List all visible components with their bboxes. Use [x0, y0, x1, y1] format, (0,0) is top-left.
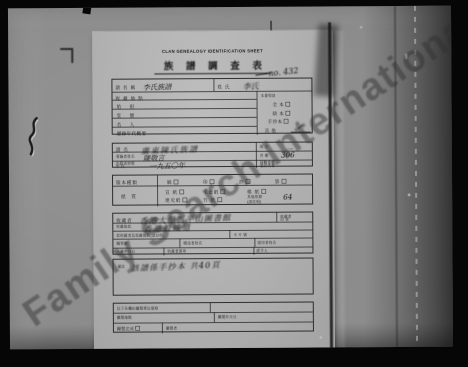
film-frame: CLAN GENEALOGY IDENTIFICATION SHEET 族 譜 …	[8, 6, 453, 350]
field-genealogy-title-label: 譜 名	[116, 146, 129, 153]
paper-option-xuan-label: 宣 紙	[165, 190, 178, 195]
paper-other-note: (請註明)	[247, 199, 261, 203]
field-history-label: 歷修年代概要	[117, 129, 147, 136]
paper-option-maobian: 毛邊紙	[203, 188, 225, 195]
corner-registration-mark	[60, 48, 73, 63]
checkbox-icon	[282, 179, 287, 184]
checkbox-icon	[174, 179, 179, 184]
other-write-line	[291, 132, 311, 133]
section-remarks: 備註 該譜係手抄本 共40頁	[112, 257, 313, 295]
form-title-chinese-text: 族 譜 調 查 表	[155, 58, 271, 75]
sheet-number: no. 432	[268, 66, 299, 78]
field-notable-label: 名 人	[117, 120, 138, 127]
status-option-missing: 缺 本	[273, 109, 290, 116]
status-option-other-label: 其 他	[265, 129, 277, 134]
section-holder-info: 收藏者 香港大學馮平山圖書館 收藏者 印 章 收藏地址 香港般咸道 原收藏者及原…	[112, 211, 313, 254]
type-option-draft-label: 稿	[167, 180, 172, 185]
field-year-label-line2: 年 代	[116, 165, 125, 169]
holder-address-value: 香港般咸道	[143, 220, 191, 234]
type-label: 版本種類	[116, 179, 138, 186]
checkbox-icon	[135, 326, 140, 331]
paper-option-cotton-label: 棉 紙	[247, 189, 260, 194]
type-option-print-label: 印	[203, 179, 208, 184]
filming-date-label: 攝製年月日	[218, 315, 237, 319]
status-option-other-value: ✓	[297, 123, 303, 131]
status-option-missing-label: 缺 本	[273, 111, 285, 116]
field-surname-label: 姓 氏	[217, 82, 230, 89]
field-pages-value: 306	[281, 151, 295, 159]
film-edge-notch	[82, 6, 91, 15]
source-label: 原收藏者及原藏地點(請註明)	[116, 233, 164, 237]
checkbox-icon	[210, 179, 215, 184]
price-label: 購買價	[116, 241, 127, 245]
section-filming-info: 以下各欄由攝製單位填寫 攝製地點 攝製年月日 攝製完成 攝製者	[113, 301, 314, 332]
holder-label: 收藏者	[116, 216, 132, 223]
section-edition-info: 譜 名 廣東陳氏族譜 版 次 一 著編者姓名 陳敬言 頁 數 306 出版或抄寫…	[112, 141, 313, 167]
checkbox-icon	[286, 110, 291, 115]
page-edge-highlight	[334, 30, 345, 349]
film-scratch-line	[394, 6, 398, 347]
section-paper-type: 版本種類 稿 印 抄 影 紙 質 宣 紙 毛邊紙 棉 紙 連史紙 竹 紙 其他紙…	[112, 173, 313, 205]
film-squiggle-mark	[26, 116, 42, 158]
dust-speck	[408, 194, 410, 196]
status-option-manuscript: 手抄本	[268, 118, 289, 125]
status-option-manuscript-label: 手抄本	[268, 119, 283, 124]
type-option-draft: 稿	[167, 178, 178, 185]
checkbox-icon	[261, 189, 266, 194]
card-number-label: 卡 片 號	[233, 232, 247, 236]
sheet-number-stroke	[255, 73, 268, 76]
checkbox-icon	[183, 198, 188, 203]
holder-address-label: 收藏地址	[116, 225, 131, 229]
field-surname-value: 李氏	[242, 79, 258, 92]
paper-option-xuan: 宣 紙	[165, 188, 184, 195]
paper-option-cotton: 棉 紙	[247, 187, 266, 194]
film-tick-mark	[270, 21, 272, 31]
filming-header-label: 以下各欄由攝製單位填寫	[117, 306, 159, 310]
remarks-value: 該譜係手抄本 共40頁	[131, 258, 221, 274]
filming-operator-label: 攝製者	[166, 326, 177, 330]
accession-date-label: 入藏年月日	[116, 250, 135, 254]
dust-speck	[360, 26, 362, 28]
film-scratch-dotted-line	[414, 6, 418, 347]
field-title-value: 李氏族譜	[142, 81, 171, 93]
form-title-english-text: CLAN GENEALOGY IDENTIFICATION SHEET	[162, 49, 263, 54]
status-header: 本書現狀	[260, 93, 275, 97]
lender-label: 借用者姓名	[257, 241, 276, 245]
type-option-copy: 抄	[239, 177, 250, 184]
field-title-label: 譜 名 稱	[115, 83, 136, 90]
checkbox-icon	[246, 179, 251, 184]
checkbox-icon	[179, 189, 184, 194]
field-hall-label: 堂 號	[117, 111, 138, 118]
status-option-full: 全 本	[273, 101, 290, 108]
dust-speck	[405, 54, 407, 59]
paper-option-lianshi: 連史紙	[165, 196, 187, 203]
type-option-print: 印	[203, 178, 214, 185]
status-option-other: 其 他	[265, 127, 277, 134]
handler-label: 經手人	[256, 249, 267, 253]
field-edition-label: 版 次	[260, 145, 269, 149]
type-option-photo-label: 影	[275, 179, 280, 184]
donor-label: 贈送者姓名	[183, 241, 202, 245]
field-pages-label: 頁 數	[260, 153, 269, 157]
dust-speck	[320, 336, 322, 338]
filming-done-text: 攝製完成	[117, 326, 134, 331]
type-option-photo: 影	[275, 177, 286, 184]
filming-done-label: 攝製完成	[117, 325, 140, 331]
paper-other-label: 其他紙類	[247, 195, 262, 199]
paper-option-bamboo-label: 竹 紙	[203, 198, 216, 203]
holder-seal-label-line2: 印 章	[280, 218, 289, 222]
checkbox-icon	[221, 189, 226, 194]
paper-option-maobian-label: 毛邊紙	[203, 189, 219, 194]
paper-label: 紙 質	[121, 193, 138, 200]
paper-option-lianshi-label: 連史紙	[165, 198, 181, 203]
field-author-label: 著編者姓名	[116, 154, 135, 158]
paper-other-value: 64	[283, 193, 292, 201]
field-volumes-label-line2: 裝訂式樣	[260, 164, 275, 168]
document-sheet: CLAN GENEALOGY IDENTIFICATION SHEET 族 譜 …	[92, 30, 335, 349]
microfilm-scan: CLAN GENEALOGY IDENTIFICATION SHEET 族 譜 …	[0, 0, 468, 367]
remarks-label: 備註	[118, 264, 126, 268]
paper-option-bamboo: 竹 紙	[203, 196, 222, 203]
field-founder-label: 始 祖	[117, 102, 138, 109]
holder-signature-label: 收藏者簽章	[167, 250, 186, 254]
filming-place-label: 攝製地點	[117, 316, 132, 320]
checkbox-icon	[285, 102, 290, 107]
field-year-value: 一九五〇年	[149, 160, 185, 172]
type-option-copy-label: 抄	[239, 179, 244, 184]
section-basic-info: 譜 名 稱 李氏族譜 姓 氏 李氏 收 藏 地 點 始 祖 堂 號 名 人 歷修…	[111, 77, 312, 134]
status-option-full-label: 全 本	[273, 102, 285, 107]
checkbox-icon	[217, 197, 222, 202]
checkbox-icon	[284, 119, 289, 124]
